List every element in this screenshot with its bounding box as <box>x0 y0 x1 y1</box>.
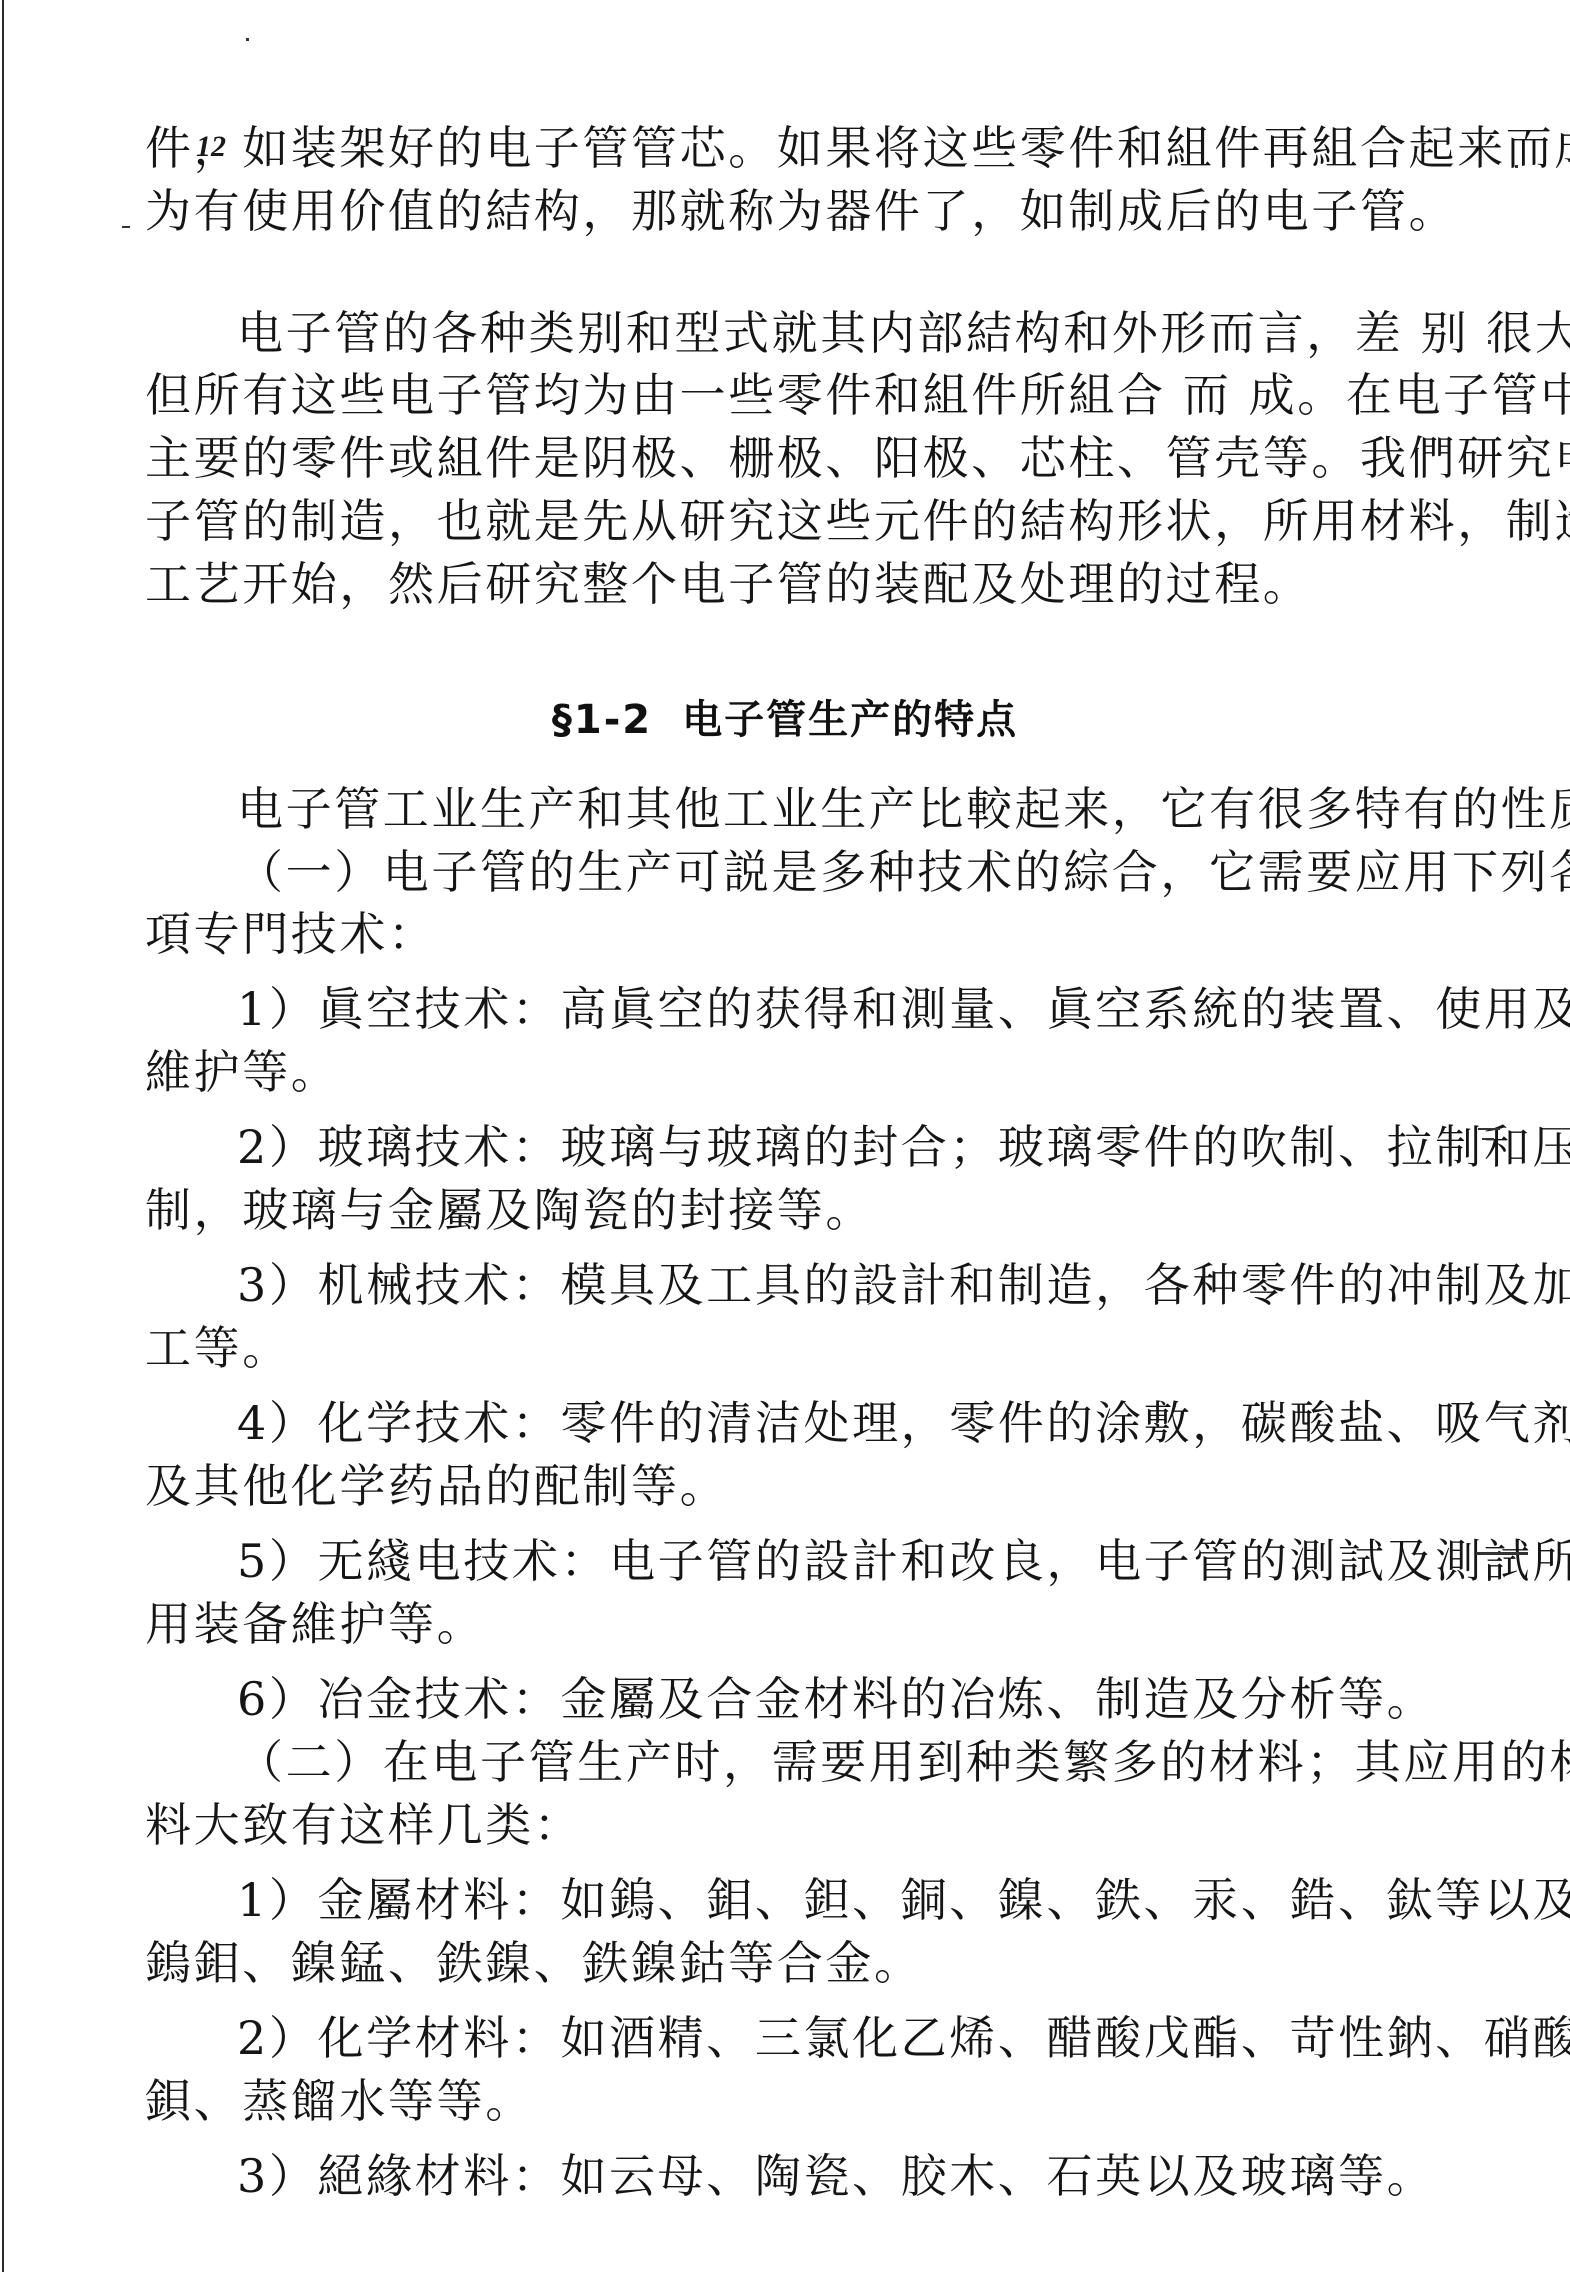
text-line: 及其他化学药品的配制等。 <box>145 1458 728 1514</box>
section-heading: §1-2电子管生产的特点 <box>0 692 1570 748</box>
text-line: 鎢鉬、鎳錳、鉄鎳、鉄鎳鈷等合金。 <box>145 1935 923 1991</box>
scan-mark <box>122 226 130 228</box>
scan-mark <box>1478 1128 1500 1130</box>
text-line: 2）玻璃技术：玻璃与玻璃的封合；玻璃零件的吹制、拉制和压 <box>145 1119 1435 1175</box>
text-line: 2）化学材料：如酒精、三氯化乙烯、醋酸戊酯、苛性鈉、硝酸 <box>145 2010 1435 2066</box>
text-line: 但所有这些电子管均为由一些零件和組件所組合 而 成。在电子管中， <box>145 367 1435 423</box>
text-line: 制，玻璃与金屬及陶瓷的封接等。 <box>145 1182 874 1238</box>
text-line: 維护等。 <box>145 1044 339 1100</box>
scan-mark <box>1476 1552 1528 1555</box>
section-number: §1-2 <box>552 697 652 743</box>
text-line: 1）金屬材料：如鎢、鉬、鉭、銅、鎳、鉄、汞、鋯、鈦等以及 <box>145 1872 1435 1928</box>
text-line: 項专門技术： <box>145 906 437 962</box>
text-line: 主要的零件或組件是阴极、栅极、阳极、芯柱、管壳等。我們研究电 <box>145 430 1435 486</box>
text-line: 用装备維护等。 <box>145 1596 485 1652</box>
text-line: 电子管的各种类别和型式就其内部結构和外形而言，差 别 很大， <box>145 305 1435 361</box>
text-line: 鋇、蒸餾水等等。 <box>145 2073 534 2129</box>
text-line: （二）在电子管生产时，需要用到种类繁多的材料；其应用的材 <box>145 1734 1435 1790</box>
text-line: 料大致有这样几类： <box>145 1797 582 1853</box>
text-line: 5）无綫电技术：电子管的設計和改良，电子管的測試及測試所 <box>145 1533 1435 1589</box>
text-line: （一）电子管的生产可説是多种技术的綜合，它需要应用下列各 <box>145 844 1435 900</box>
text-line: 1）眞空技术：高眞空的获得和測量、眞空系統的装置、使用及 <box>145 981 1435 1037</box>
text-line: 3）絕緣材料：如云母、陶瓷、胶木、石英以及玻璃等。 <box>145 2148 1435 2204</box>
text-line: 工等。 <box>145 1320 291 1376</box>
scan-mark <box>1482 1138 1494 1140</box>
text-line: 子管的制造，也就是先从研究这些元件的結构形状，所用材料，制造 <box>145 493 1435 549</box>
text-line: 电子管工业生产和其他工业生产比較起来，它有很多特有的性质： <box>145 781 1435 837</box>
text-line: 6）冶金技术：金屬及合金材料的冶炼、制造及分析等。 <box>145 1671 1435 1727</box>
page-edge-border <box>2 0 4 2272</box>
scan-mark <box>246 38 249 41</box>
scan-mark <box>1515 165 1518 168</box>
scan-mark <box>1488 340 1491 344</box>
text-line: 3）机械技术：模具及工具的設計和制造，各种零件的冲制及加 <box>145 1257 1435 1313</box>
section-title: 电子管生产的特点 <box>682 697 1018 743</box>
text-line: 件，如装架好的电子管管芯。如果将这些零件和組件再組合起来而成 <box>145 120 1435 176</box>
text-line: 4）化学技术：零件的清洁处理，零件的涂敷，碳酸盐、吸气剂 <box>145 1395 1435 1451</box>
text-line: 工艺开始，然后研究整个电子管的装配及处理的过程。 <box>145 556 1311 612</box>
text-line: 为有使用价值的結构，那就称为器件了，如制成后的电子管。 <box>145 183 1457 239</box>
